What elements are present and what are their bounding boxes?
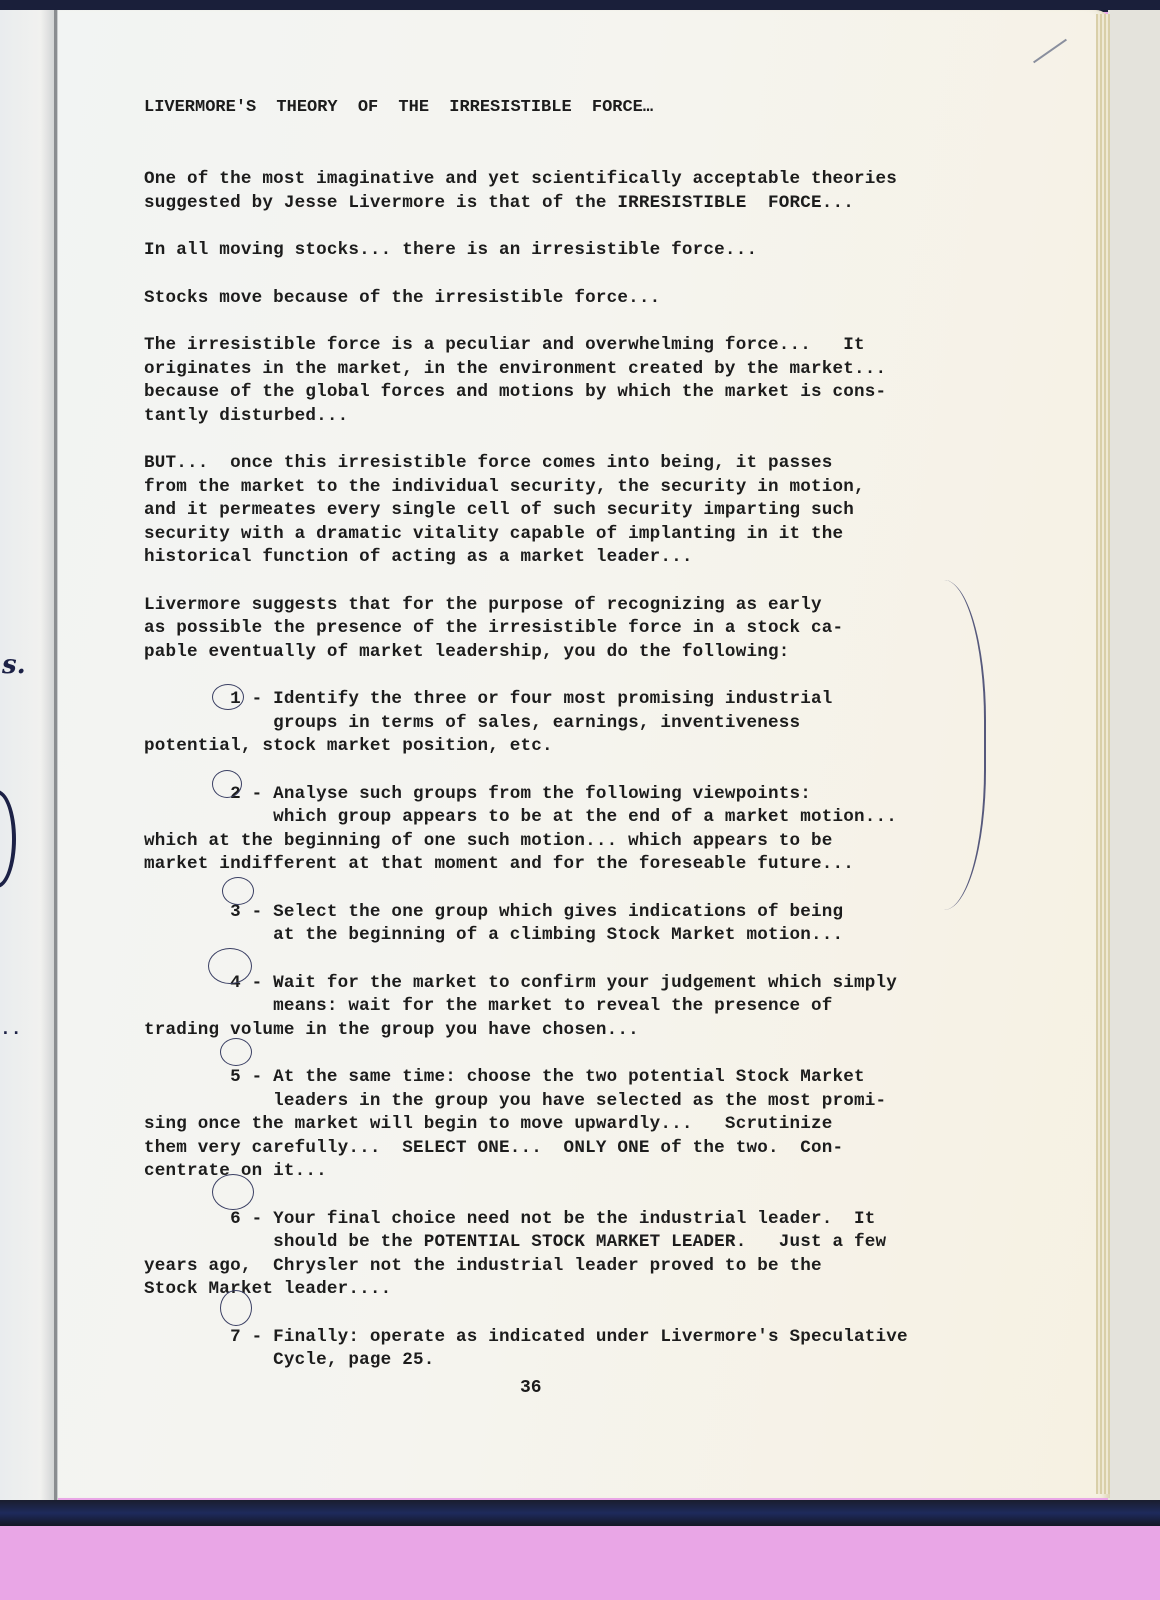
- text-line: potential, stock market position, etc.: [144, 735, 1014, 759]
- page-title: LIVERMORE'S THEORY OF THE IRRESISTIBLE F…: [144, 98, 653, 117]
- paragraph: Livermore suggests that for the purpose …: [144, 594, 1014, 665]
- text-line: sing once the market will begin to move …: [144, 1113, 1014, 1137]
- text-line: as possible the presence of the irresist…: [144, 617, 1014, 641]
- left-facing-page: [0, 10, 58, 1500]
- text-line: historical function of acting as a marke…: [144, 546, 1014, 570]
- text-line: 3 - Select the one group which gives ind…: [144, 901, 1014, 925]
- text-line: which group appears to be at the end of …: [144, 806, 1014, 830]
- book-gutter: [54, 10, 57, 1500]
- pen-circle-step-2: [212, 770, 242, 798]
- text-line: BUT... once this irresistible force come…: [144, 452, 1014, 476]
- text-line: which at the beginning of one such motio…: [144, 830, 1014, 854]
- step-4: 4 - Wait for the market to confirm your …: [144, 972, 1014, 1043]
- text-line: years ago, Chrysler not the industrial l…: [144, 1255, 1014, 1279]
- step-6: 6 - Your final choice need not be the in…: [144, 1208, 1014, 1302]
- text-line: originates in the market, in the environ…: [144, 358, 1014, 382]
- text-line: tantly disturbed...: [144, 405, 1014, 429]
- text-line: them very carefully... SELECT ONE... ONL…: [144, 1137, 1014, 1161]
- text-line: 7 - Finally: operate as indicated under …: [144, 1326, 1014, 1350]
- text-line: Stocks move because of the irresistible …: [144, 287, 1014, 311]
- text-line: from the market to the individual securi…: [144, 476, 1014, 500]
- text-line: The irresistible force is a peculiar and…: [144, 334, 1014, 358]
- paragraph: The irresistible force is a peculiar and…: [144, 334, 1014, 428]
- paragraph: In all moving stocks... there is an irre…: [144, 239, 1014, 263]
- step-2: 2 - Analyse such groups from the followi…: [144, 783, 1014, 877]
- text-line: 6 - Your final choice need not be the in…: [144, 1208, 1014, 1232]
- paragraph: Stocks move because of the irresistible …: [144, 287, 1014, 311]
- right-backdrop: [1108, 10, 1160, 1500]
- text-line: Stock Market leader....: [144, 1278, 1014, 1302]
- text-line: 5 - At the same time: choose the two pot…: [144, 1066, 1014, 1090]
- text-line: Cycle, page 25.: [144, 1349, 1014, 1373]
- step-3: 3 - Select the one group which gives ind…: [144, 901, 1014, 948]
- text-line: at the beginning of a climbing Stock Mar…: [144, 924, 1014, 948]
- text-line: security with a dramatic vitality capabl…: [144, 523, 1014, 547]
- step-7: 7 - Finally: operate as indicated under …: [144, 1326, 1014, 1373]
- text-line: groups in terms of sales, earnings, inve…: [144, 712, 1014, 736]
- pen-circle-step-6: [212, 1174, 254, 1210]
- text-line: trading volume in the group you have cho…: [144, 1019, 1014, 1043]
- step-1: 1 - Identify the three or four most prom…: [144, 688, 1014, 759]
- paragraph: One of the most imaginative and yet scie…: [144, 168, 1014, 215]
- pen-circle-step-1: [212, 684, 244, 710]
- text-line: centrate on it...: [144, 1160, 1014, 1184]
- text-line: 4 - Wait for the market to confirm your …: [144, 972, 1014, 996]
- margin-note-handwritten: s.: [2, 650, 26, 680]
- text-line: 2 - Analyse such groups from the followi…: [144, 783, 1014, 807]
- pen-circle-step-7: [220, 1290, 252, 1326]
- text-line: leaders in the group you have selected a…: [144, 1090, 1014, 1114]
- document-body: One of the most imaginative and yet scie…: [144, 168, 1014, 1373]
- book-cover-bottom: [0, 1500, 1160, 1526]
- pen-circle-step-4: [208, 948, 252, 984]
- text-line: market indifferent at that moment and fo…: [144, 853, 1014, 877]
- page-number: 36: [520, 1378, 542, 1398]
- text-line: One of the most imaginative and yet scie…: [144, 168, 1014, 192]
- text-line: In all moving stocks... there is an irre…: [144, 239, 1014, 263]
- page-stack-edge: [1096, 14, 1110, 1494]
- margin-note-dots: ..: [0, 1020, 22, 1040]
- text-line: and it permeates every single cell of su…: [144, 499, 1014, 523]
- text-line: because of the global forces and motions…: [144, 381, 1014, 405]
- text-line: means: wait for the market to reveal the…: [144, 995, 1014, 1019]
- paragraph: BUT... once this irresistible force come…: [144, 452, 1014, 570]
- text-line: suggested by Jesse Livermore is that of …: [144, 192, 1014, 216]
- text-line: 1 - Identify the three or four most prom…: [144, 688, 1014, 712]
- pen-circle-step-3: [222, 877, 254, 905]
- pen-circle-step-5: [220, 1038, 252, 1066]
- step-5: 5 - At the same time: choose the two pot…: [144, 1066, 1014, 1184]
- text-line: pable eventually of market leadership, y…: [144, 641, 1014, 665]
- text-line: should be the POTENTIAL STOCK MARKET LEA…: [144, 1231, 1014, 1255]
- text-line: Livermore suggests that for the purpose …: [144, 594, 1014, 618]
